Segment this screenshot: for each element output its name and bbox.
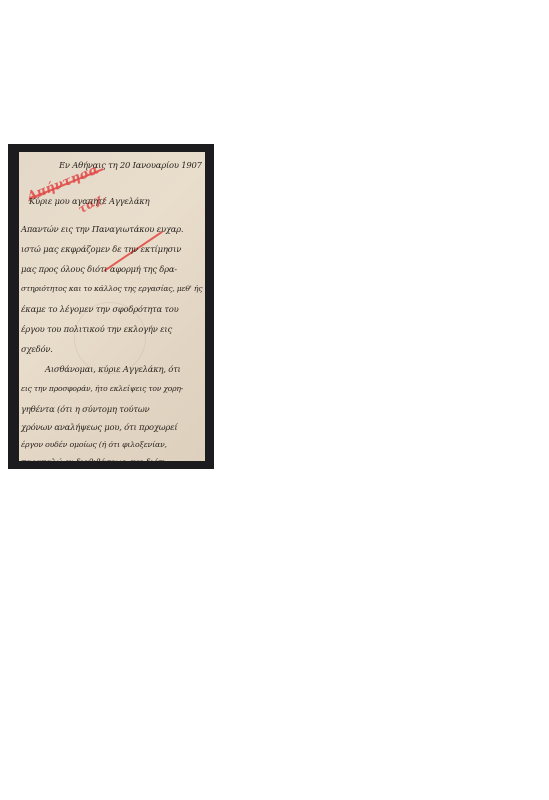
letter-dateline: Εν Αθήναις τη 20 Ιανουαρίου 1907: [59, 160, 202, 170]
letter-salutation: Κύριε μου αγαπητέ Αγγελάκη: [29, 196, 149, 206]
letter-line: μας προς όλους διότι αφορμή της δρα-: [21, 264, 177, 274]
letter-line: στηριότητος και το κάλλος της εργασίας, …: [21, 284, 202, 293]
scan-frame: Απήντησα ταχ. Εν Αθήναις τη 20 Ιανουαρίο…: [8, 144, 214, 469]
letter-line: γηθέντα (ότι η σύντομη τούτων: [21, 404, 149, 414]
letter-line: εις την προσφοράν, ήτο εκλείψεις τον χορ…: [21, 384, 183, 393]
letter-line: έργου του πολιτικού την εκλογήν εις: [21, 324, 172, 334]
letter-line: ιστώ μας εκφράζομεν δε την εκτίμησιν: [21, 244, 181, 254]
letter-line: έργον ουδέν ομοίως (ή ότι φιλοξενίαν,: [21, 440, 167, 449]
letter-line: σχεδόν.: [21, 344, 53, 354]
letter-paper: Απήντησα ταχ. Εν Αθήναις τη 20 Ιανουαρίο…: [19, 152, 205, 461]
letter-line: Αισθάνομαι, κύριε Αγγελάκη, ότι: [45, 364, 181, 374]
letter-line: Απαντών εις την Παναγιωτάκου ευχαρ.: [21, 224, 183, 234]
document-page: Απήντησα ταχ. Εν Αθήναις τη 20 Ιανουαρίο…: [0, 0, 549, 800]
letter-line: χρόνων αναλήψεως μου, ότι προχωρεί: [21, 422, 177, 432]
letter-line: παρακαλώ εν διαβιβάσεως, και διότι: [21, 458, 165, 461]
letter-line: έκαμε το λέγομεν την σφοδρότητα του: [21, 304, 179, 314]
